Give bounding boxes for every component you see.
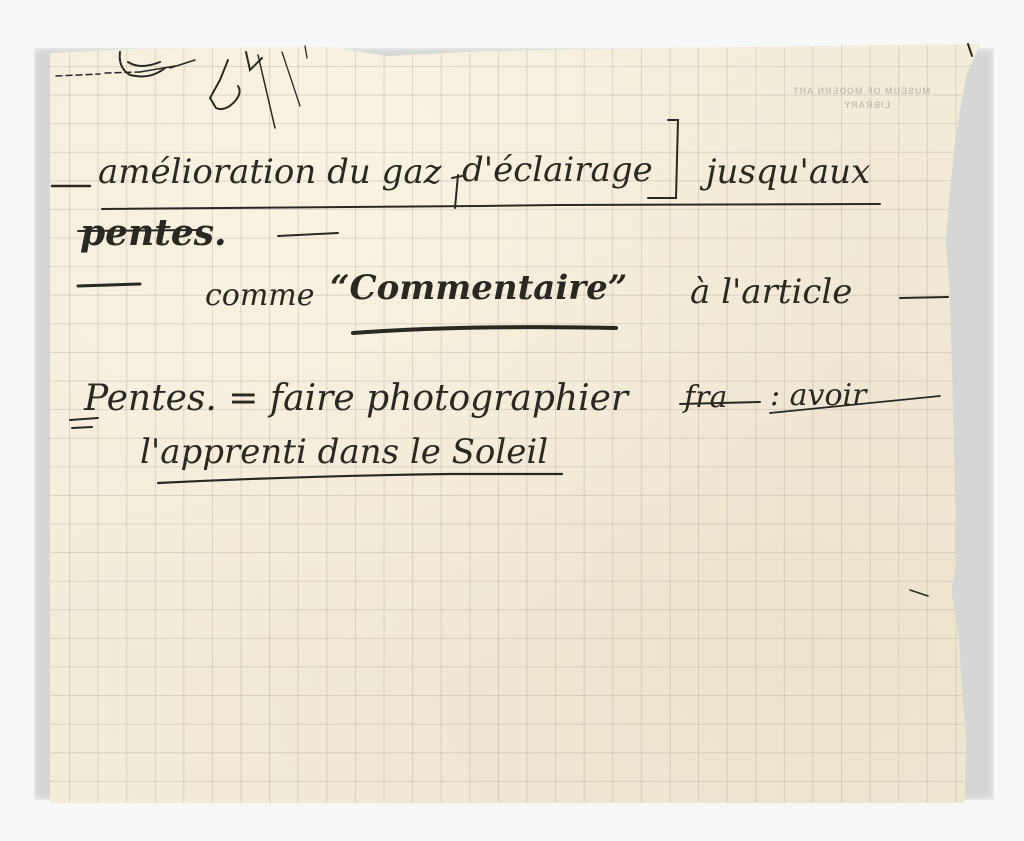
quoted-commentaire: “Commentaire”	[330, 268, 627, 308]
handwriting-line-2: pentes.	[80, 212, 227, 254]
struck-word-fra: fra	[684, 380, 727, 415]
text-comme: comme	[205, 278, 315, 313]
handwriting-line-1: amélioration du gaz	[98, 152, 442, 192]
text-avoir: : avoir	[770, 378, 866, 413]
handwriting-strokes	[0, 0, 1024, 841]
text-a-larticle: à l'article	[690, 272, 852, 312]
handwriting-line-5: l'apprenti dans le Soleil	[140, 432, 548, 472]
bracketed-eclairage: d'éclairage	[462, 150, 653, 190]
text-amelioration: amélioration du gaz	[98, 152, 442, 192]
handwriting-line-4: Pentes. = faire photographier	[84, 378, 628, 419]
text-jusquaux: jusqu'aux	[706, 152, 870, 192]
